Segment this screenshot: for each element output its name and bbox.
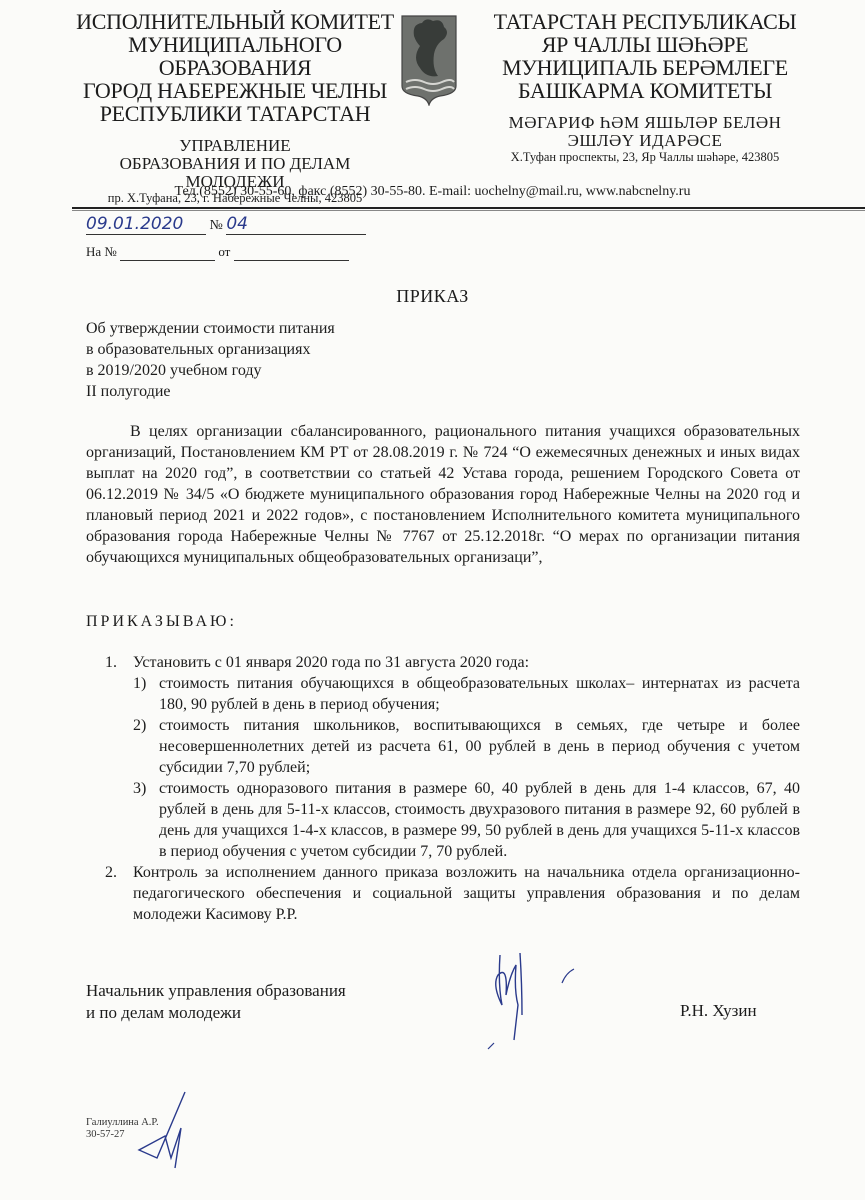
coat-of-arms-icon [400, 14, 458, 106]
order-item-1: 1. Установить с 01 января 2020 года по 3… [105, 652, 800, 673]
ref-from-label: от [218, 244, 230, 259]
header-right: ТАТАРСТАН РЕСПУБЛИКАСЫ ЯР ЧАЛЛЫ ШӘҺӘРЕ М… [490, 10, 800, 165]
signatory-name: Р.Н. Хузин [680, 1001, 757, 1021]
order-items: 1. Установить с 01 января 2020 года по 3… [105, 652, 800, 925]
preamble-paragraph: В целях организации сбалансированного, р… [86, 421, 800, 568]
order-subitems: 1) стоимость питания обучающихся в общео… [133, 673, 800, 862]
doc-number: 04 [226, 214, 366, 235]
order-item-2: 2. Контроль за исполнением данного прика… [105, 862, 800, 925]
subitem-2: 2) стоимость питания школьников, воспиты… [133, 715, 800, 778]
executor-info: Галиуллина А.Р. 30-57-27 [86, 1117, 159, 1141]
handwritten-signature-icon [470, 945, 590, 1070]
executor-phone: 30-57-27 [86, 1129, 159, 1141]
contacts-line: Тел.(8552) 30-55-60, факс (8552) 30-55-8… [0, 184, 865, 200]
document-subject: Об утверждении стоимости питания в образ… [86, 318, 335, 402]
subitem-3: 3) стоимость одноразового питания в разм… [133, 778, 800, 862]
ref-number-blank [120, 244, 215, 261]
dept-name-tt: МӘГАРИФ ҺӘМ ЯШЬЛӘР БЕЛӘН ЭШЛӘҮ ИДАРӘСЕ [490, 114, 800, 150]
registration-line: 09.01.2020 № 04 [86, 214, 366, 235]
dept-name-ru: УПРАВЛЕНИЕ ОБРАЗОВАНИЯ И ПО ДЕЛАМ МОЛОДЕ… [70, 137, 400, 191]
org-name-ru: ИСПОЛНИТЕЛЬНЫЙ КОМИТЕТ МУНИЦИПАЛЬНОГО ОБ… [70, 10, 400, 125]
org-name-tt: ТАТАРСТАН РЕСПУБЛИКАСЫ ЯР ЧАЛЛЫ ШӘҺӘРЕ М… [490, 10, 800, 102]
order-word: ПРИКАЗЫВАЮ: [86, 613, 237, 631]
subitem-1: 1) стоимость питания обучающихся в общео… [133, 673, 800, 715]
header-divider [72, 207, 865, 209]
header-divider-thin [72, 210, 865, 211]
reference-line: На № от [86, 244, 349, 261]
ref-date-blank [234, 244, 349, 261]
signatory-position: Начальник управления образования и по де… [86, 980, 346, 1024]
executor-name: Галиуллина А.Р. [86, 1117, 159, 1129]
header-left: ИСПОЛНИТЕЛЬНЫЙ КОМИТЕТ МУНИЦИПАЛЬНОГО ОБ… [70, 10, 400, 206]
address-tt: Х.Туфан проспекты, 23, Яр Чаллы шәһәре, … [490, 150, 800, 165]
doc-date: 09.01.2020 [86, 214, 206, 235]
ref-label: На № [86, 244, 117, 259]
document-title: ПРИКАЗ [0, 286, 865, 307]
number-label: № [210, 218, 223, 233]
